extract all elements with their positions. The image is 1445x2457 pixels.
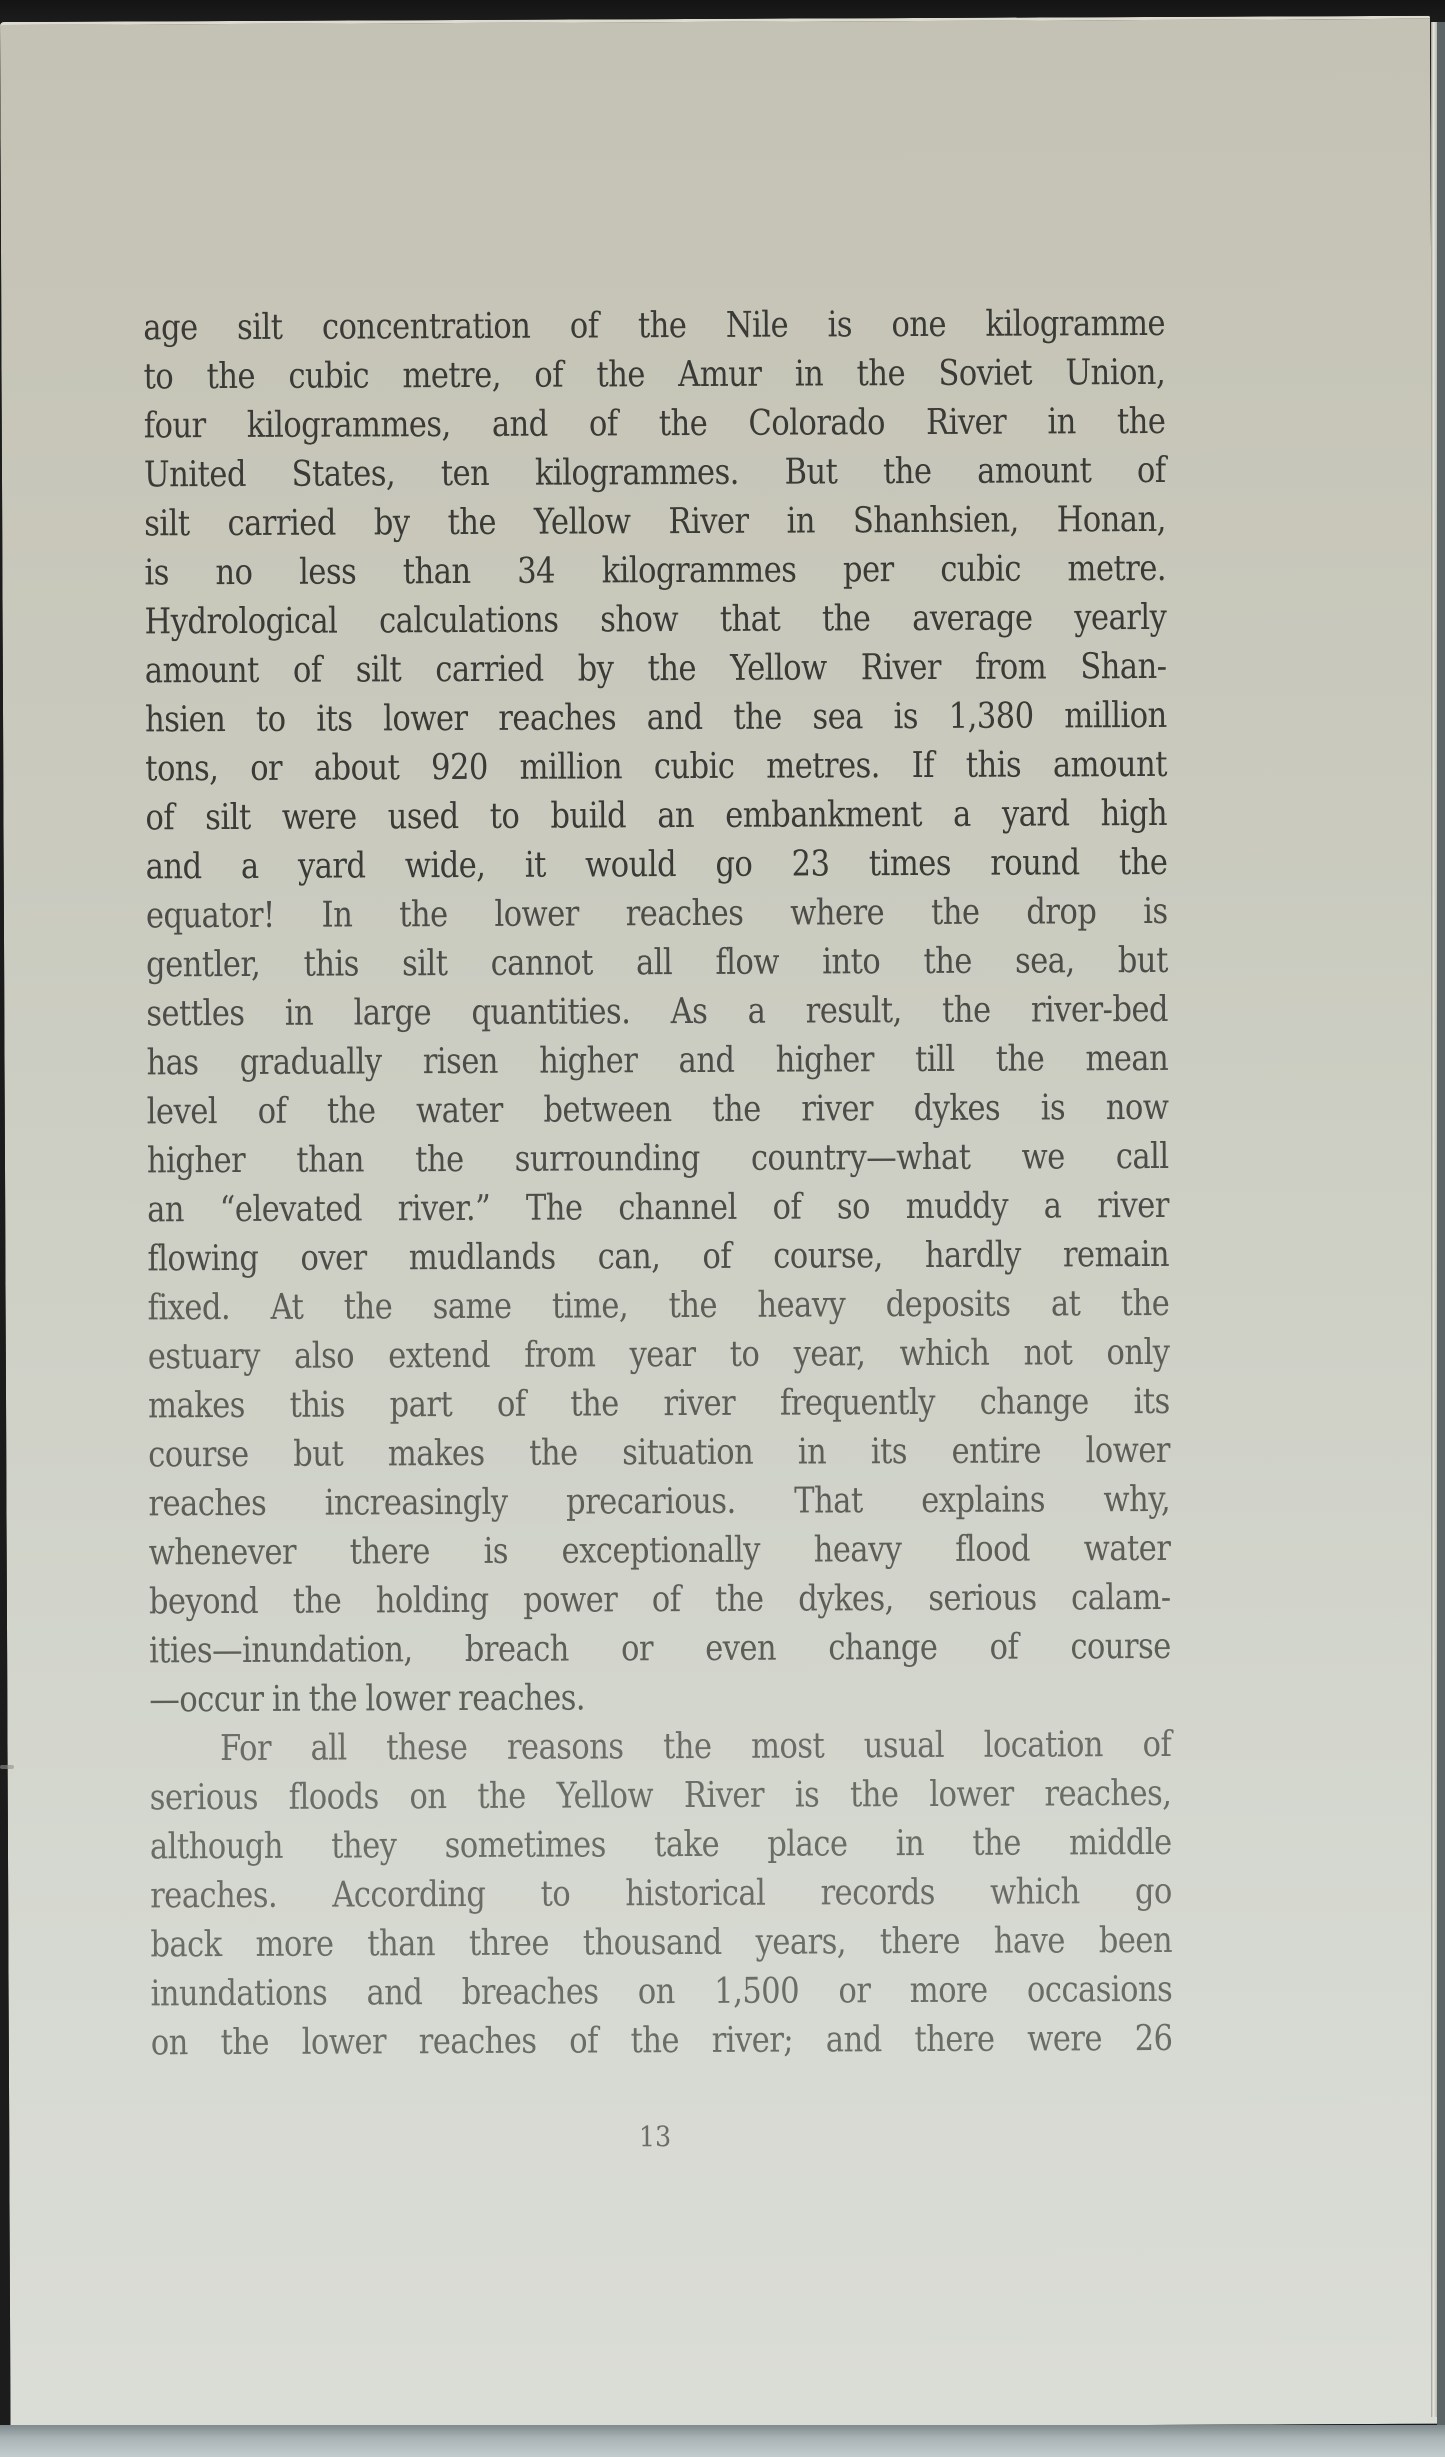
text-line: Hydrological calculations show that the …: [145, 593, 1167, 646]
text-line: beyond the holding power of the dykes, s…: [149, 1573, 1171, 1626]
page-number: 13: [639, 2120, 671, 2153]
paragraph-1: age silt concentration of the Nile is on…: [143, 299, 1171, 1724]
text-line: an “elevated river.” The channel of so m…: [147, 1181, 1169, 1234]
background-bottom: [0, 2425, 1445, 2457]
book-spine-shadow: [1437, 22, 1445, 2427]
text-line: to the cubic metre, of the Amur in the S…: [143, 348, 1165, 401]
text-line: gentler, this silt cannot all flow into …: [146, 936, 1168, 989]
text-line: back more than three thousand years, the…: [150, 1916, 1172, 1969]
text-line: is no less than 34 kilogrammes per cubic…: [144, 544, 1166, 597]
text-line: level of the water between the river dyk…: [147, 1083, 1169, 1136]
text-line: higher than the surrounding country—what…: [147, 1132, 1169, 1185]
text-line: has gradually risen higher and higher ti…: [146, 1034, 1168, 1087]
text-line: equator! In the lower reaches where the …: [146, 887, 1168, 940]
text-line: course but makes the situation in its en…: [148, 1426, 1170, 1479]
text-line: reaches increasingly precarious. That ex…: [148, 1475, 1170, 1528]
text-line: on the lower reaches of the river; and t…: [151, 2014, 1173, 2067]
body-text: age silt concentration of the Nile is on…: [143, 299, 1173, 2067]
book-page: age silt concentration of the Nile is on…: [0, 16, 1440, 2430]
text-line: silt carried by the Yellow River in Shan…: [144, 495, 1166, 548]
text-line: fixed. At the same time, the heavy depos…: [148, 1279, 1170, 1332]
text-line: flowing over mudlands can, of course, ha…: [147, 1230, 1169, 1283]
text-line: and a yard wide, it would go 23 times ro…: [146, 838, 1168, 891]
text-line: ities—inundation, breach or even change …: [149, 1622, 1171, 1675]
text-line: inundations and breaches on 1,500 or mor…: [150, 1965, 1172, 2018]
text-line: reaches. According to historical records…: [150, 1867, 1172, 1920]
text-line: makes this part of the river frequently …: [148, 1377, 1170, 1430]
text-line: hsien to its lower reaches and the sea i…: [145, 691, 1167, 744]
text-line: estuary also extend from year to year, w…: [148, 1328, 1170, 1381]
text-line: serious floods on the Yellow River is th…: [150, 1769, 1172, 1822]
text-line: age silt concentration of the Nile is on…: [143, 299, 1165, 352]
text-line: tons, or about 920 million cubic metres.…: [145, 740, 1167, 793]
text-line: —occur in the lower reaches.: [149, 1671, 1171, 1724]
text-line: amount of silt carried by the Yellow Riv…: [145, 642, 1167, 695]
text-line: United States, ten kilogrammes. But the …: [144, 446, 1166, 499]
text-line: although they sometimes take place in th…: [150, 1818, 1172, 1871]
text-line: of silt were used to build an embankment…: [145, 789, 1167, 842]
text-line: settles in large quantities. As a result…: [146, 985, 1168, 1038]
text-line: four kilogrammes, and of the Colorado Ri…: [144, 397, 1166, 450]
text-line: whenever there is exceptionally heavy fl…: [149, 1524, 1171, 1577]
page-stack-edge: [1431, 22, 1437, 2417]
paragraph-2: For all these reasons the most usual loc…: [149, 1720, 1172, 2067]
page-edge-mark: [0, 1765, 14, 1769]
text-line: For all these reasons the most usual loc…: [149, 1720, 1171, 1773]
